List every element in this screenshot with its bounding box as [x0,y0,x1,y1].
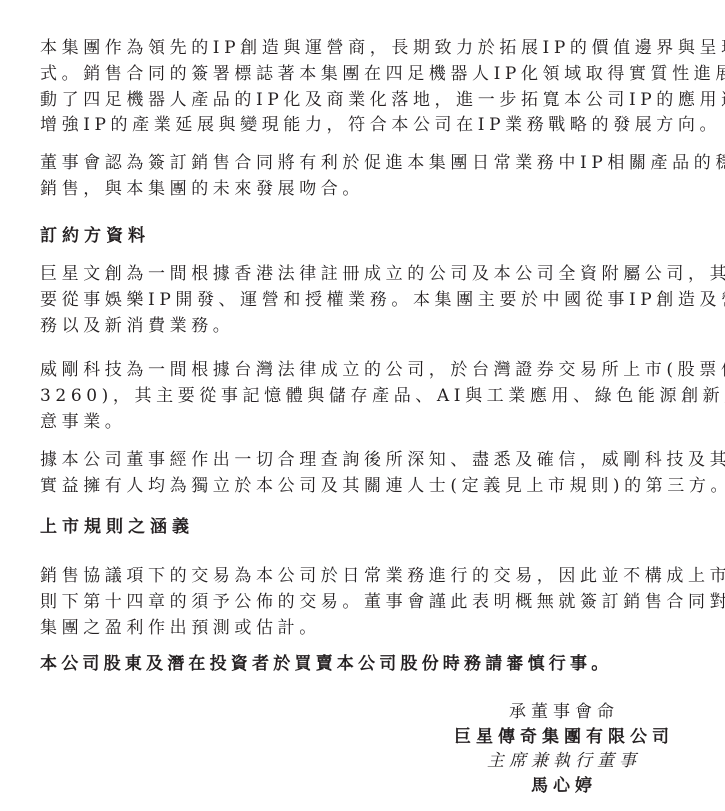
text-line: 銷售協議項下的交易為本公司於日常業務進行的交易，因此並不構成上市規 [40,564,684,590]
text-line: 本集團作為領先的IP創造與運營商，長期致力於拓展IP的價值邊界與呈現形 [40,36,684,62]
text-line: 實益擁有人均為獨立於本公司及其關連人士(定義見上市規則)的第三方。 [40,474,684,500]
signatory-name: 馬心婷 [444,775,684,797]
text-line: 增強IP的產業延展與變現能力，符合本公司在IP業務戰略的發展方向。 [40,113,684,139]
company-name: 巨星傳奇集團有限公司 [444,726,684,748]
paragraph-listing-implications: 銷售協議項下的交易為本公司於日常業務進行的交易，因此並不構成上市規 則下第十四章… [40,564,684,641]
paragraph-ip-strategy: 本集團作為領先的IP創造與運營商，長期致力於拓展IP的價值邊界與呈現形 式。銷售… [40,36,684,139]
text-line: 集團之盈利作出預測或估計。 [40,616,684,642]
paragraph-board-view: 董事會認為簽訂銷售合同將有利於促進本集團日常業務中IP相關產品的穩定 銷售，與本… [40,151,684,203]
paragraph-juxing-wenchuang: 巨星文創為一間根據香港法律註冊成立的公司及本公司全資附屬公司，其主 要從事娛樂I… [40,262,684,339]
text-line: 威剛科技為一間根據台灣法律成立的公司，於台灣證券交易所上市(股票代號： [40,358,684,384]
text-line: 巨星文創為一間根據香港法律註冊成立的公司及本公司全資附屬公司，其主 [40,262,684,288]
paragraph-independence: 據本公司董事經作出一切合理查詢後所深知、盡悉及確信，威剛科技及其最終 實益擁有人… [40,448,684,500]
signatory-title: 主席兼執行董事 [444,750,684,772]
text-line: 式。銷售合同的簽署標誌著本集團在四足機器人IP化領域取得實質性進展，推 [40,62,684,88]
section-heading-listing-rules: 上市規則之涵義 [40,516,194,538]
investor-caution-notice: 本公司股東及潛在投資者於買賣本公司股份時務請審慎行事。 [40,653,612,675]
text-line: 董事會認為簽訂銷售合同將有利於促進本集團日常業務中IP相關產品的穩定 [40,151,684,177]
by-order-of-board: 承董事會命 [444,701,684,723]
text-line: 銷售，與本集團的未來發展吻合。 [40,177,684,203]
text-line: 動了四足機器人產品的IP化及商業化落地，進一步拓寬本公司IP的應用邊界， [40,88,684,114]
signature-block: 承董事會命 巨星傳奇集團有限公司 主席兼執行董事 馬心婷 [444,701,684,797]
text-line: 3260)，其主要從事記憶體與儲存產品、AI與工業應用、綠色能源創新及文化創 [40,384,684,410]
text-line: 則下第十四章的須予公佈的交易。董事會謹此表明概無就簽訂銷售合同對本 [40,590,684,616]
paragraph-adata-technology: 威剛科技為一間根據台灣法律成立的公司，於台灣證券交易所上市(股票代號： 3260… [40,358,684,435]
section-heading-counterparty: 訂約方資料 [40,225,150,247]
text-line: 務以及新消費業務。 [40,314,684,340]
text-line: 要從事娛樂IP開發、運營和授權業務。本集團主要於中國從事IP創造及營運業 [40,288,684,314]
text-line: 據本公司董事經作出一切合理查詢後所深知、盡悉及確信，威剛科技及其最終 [40,448,684,474]
text-line: 意事業。 [40,410,684,436]
